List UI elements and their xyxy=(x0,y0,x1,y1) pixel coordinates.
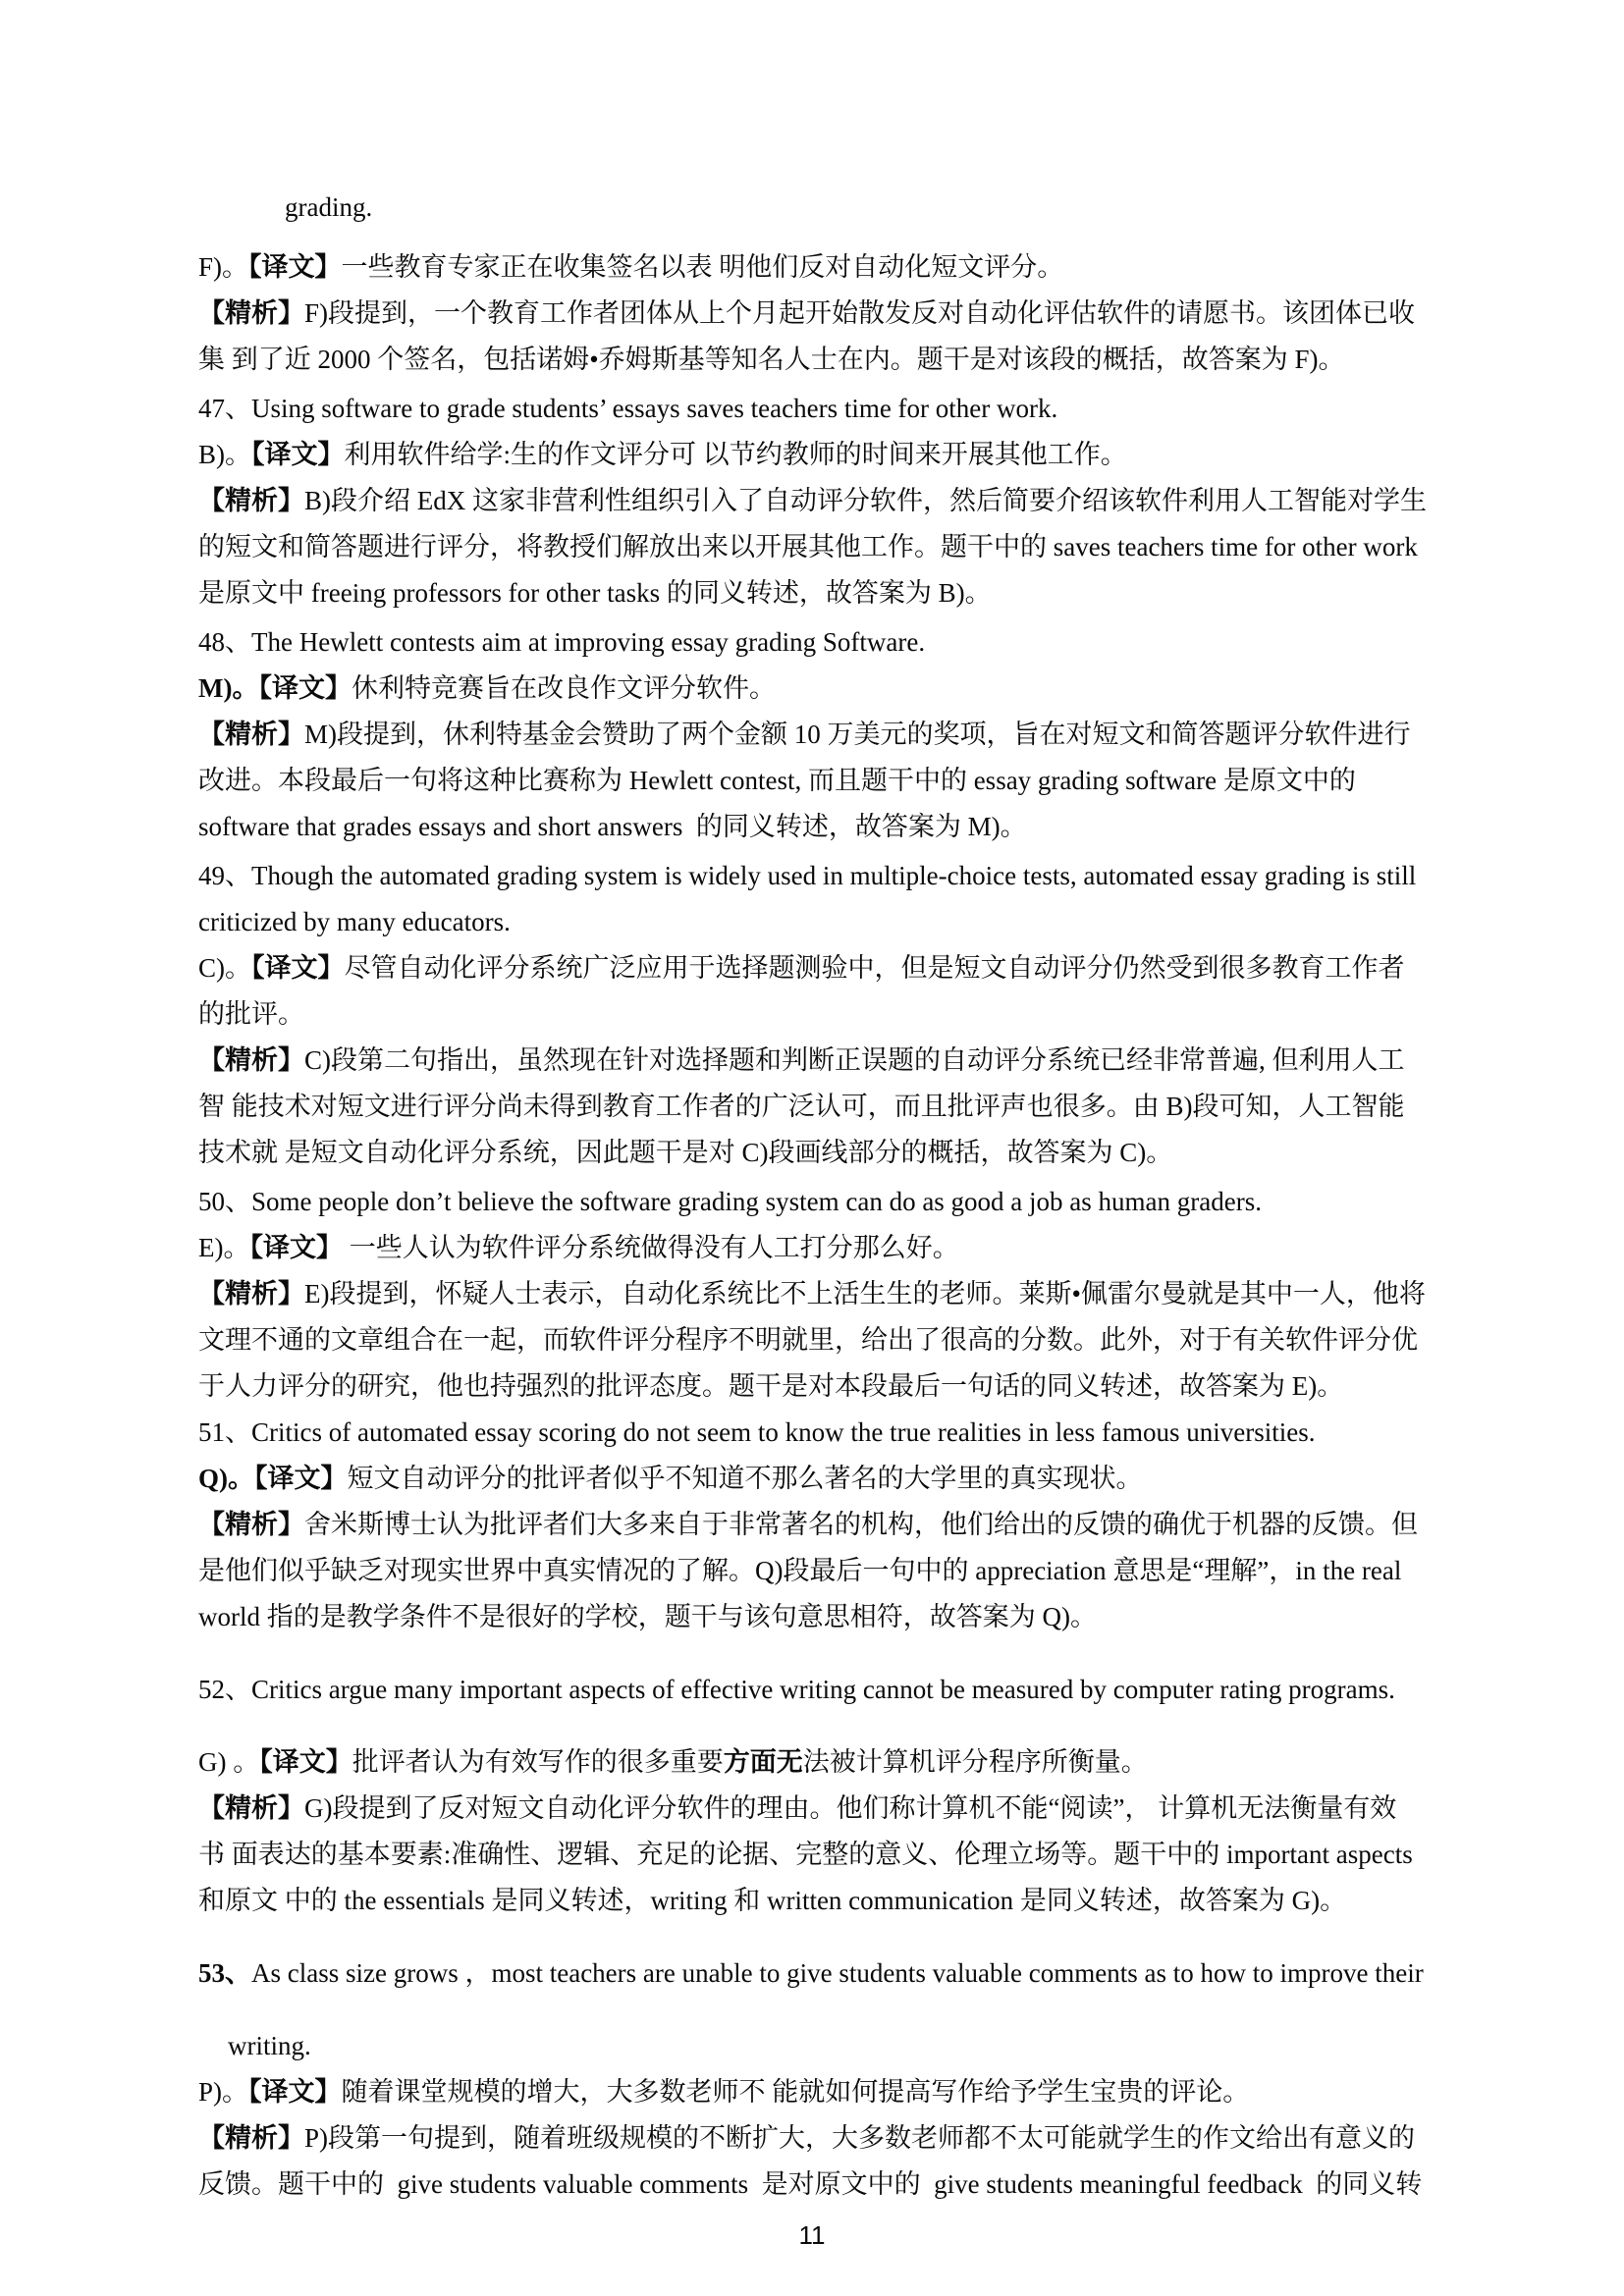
document-page: grading.F)。【译文】一些教育专家正在收集签名以表 明他们反对自动化短文… xyxy=(0,0,1624,2296)
doc-line: 是他们似乎缺乏对现实世界中真实情况的了解。Q)段最后一句中的 appreciat… xyxy=(198,1548,1477,1594)
doc-text: criticized by many educators. xyxy=(198,907,511,936)
doc-text: 是他们似乎缺乏对现实世界中真实情况的了解。Q)段最后一句中的 appreciat… xyxy=(198,1556,1401,1585)
doc-line: 【精析】C)段第二句指出，虽然现在针对选择题和判断正误题的自动评分系统已经非常普… xyxy=(198,1038,1477,1084)
doc-text-bold: 【译文】 xyxy=(251,953,345,983)
doc-text-bold: 【译文】 xyxy=(254,1464,348,1493)
doc-text-bold: 【译文】 xyxy=(248,252,342,282)
doc-line: 是原文中 freeing professors for other tasks … xyxy=(198,570,1477,616)
doc-text: 47、Using software to grade students’ ess… xyxy=(198,394,1057,423)
doc-line: 【精析】E)段提到，怀疑人士表示，自动化系统比不上活生生的老师。莱斯•佩雷尔曼就… xyxy=(198,1271,1477,1317)
doc-line: world 指的是教学条件不是很好的学校，题干与该句意思相符，故答案为 Q)。 xyxy=(198,1594,1477,1640)
doc-text: 批评者认为有效写作的很多重要 xyxy=(352,1747,724,1777)
doc-text-bold: 【精析】 xyxy=(198,486,304,515)
doc-line: 改进。本段最后一句将这种比赛称为 Hewlett contest, 而且题干中的… xyxy=(198,758,1477,804)
doc-text-bold: 【精析】 xyxy=(198,1510,304,1539)
doc-text: 舍米斯博士认为批评者们大多来自于非常著名的机构，他们给出的反馈的确优于机器的反馈… xyxy=(304,1510,1418,1539)
doc-text-bold: 【译文】 xyxy=(248,2077,342,2107)
doc-text-bold: 【译文】 xyxy=(249,1233,343,1262)
doc-text-bold: 方面无 xyxy=(724,1747,803,1777)
doc-text-bold: 【译文】 xyxy=(258,673,352,703)
doc-text: 随着课堂规模的增大，大多数老师不 能就如何提高写作给予学生宝贵的评论。 xyxy=(342,2077,1250,2107)
doc-text: 休利特竞赛旨在改良作文评分软件。 xyxy=(352,673,776,703)
doc-text: P)。 xyxy=(198,2077,248,2107)
doc-line: software that grades essays and short an… xyxy=(198,804,1477,850)
doc-text: 49、Though the automated grading system i… xyxy=(198,861,1416,890)
doc-line: 书 面表达的基本要素:准确性、逻辑、充足的论据、完整的意义、伦理立场等。题干中的… xyxy=(198,1832,1477,1878)
doc-text: 集 到了近 2000 个签名，包括诺姆•乔姆斯基等知名人士在内。题干是对该段的概… xyxy=(198,345,1344,374)
doc-text-bold: 53、 xyxy=(198,1958,251,1988)
doc-line: 49、Though the automated grading system i… xyxy=(198,853,1477,899)
doc-text: F)。 xyxy=(198,252,248,282)
doc-text: 的短文和简答题进行评分，将教授们解放出来以开展其他工作。题干中的 saves t… xyxy=(198,532,1418,561)
doc-text: P)段第一句提到，随着班级规模的不断扩大，大多数老师都不太可能就学生的作文给出有… xyxy=(304,2123,1415,2153)
doc-line: 智 能技术对短文进行评分尚未得到教育工作者的广泛认可，而且批评声也很多。由 B)… xyxy=(198,1084,1477,1130)
doc-line: M)。【译文】休利特竞赛旨在改良作文评分软件。 xyxy=(198,666,1477,712)
doc-line: 【精析】B)段介绍 EdX 这家非营利性组织引入了自动评分软件，然后简要介绍该软… xyxy=(198,478,1477,524)
doc-line: 【精析】M)段提到，休利特基金会赞助了两个金额 10 万美元的奖项，旨在对短文和… xyxy=(198,712,1477,758)
doc-text: C)。 xyxy=(198,953,251,983)
doc-text-bold: Q)。 xyxy=(198,1464,254,1493)
doc-text: M)段提到，休利特基金会赞助了两个金额 10 万美元的奖项，旨在对短文和简答题评… xyxy=(304,720,1411,749)
doc-line: 【精析】舍米斯博士认为批评者们大多来自于非常著名的机构，他们给出的反馈的确优于机… xyxy=(198,1502,1477,1548)
doc-line: Q)。【译文】短文自动评分的批评者似乎不知道不那么著名的大学里的真实现状。 xyxy=(198,1456,1477,1502)
doc-text: software that grades essays and short an… xyxy=(198,812,1027,841)
document-body: grading.F)。【译文】一些教育专家正在收集签名以表 明他们反对自动化短文… xyxy=(0,0,1624,2208)
doc-text-bold: 【精析】 xyxy=(198,720,304,749)
doc-text-bold: 【精析】 xyxy=(198,1045,304,1075)
doc-text-bold: 【译文】 xyxy=(251,440,345,469)
doc-line: 于人力评分的研究，他也持强烈的批评态度。题干是对本段最后一句话的同义转述，故答案… xyxy=(198,1363,1477,1410)
doc-line: F)。【译文】一些教育专家正在收集签名以表 明他们反对自动化短文评分。 xyxy=(198,244,1477,291)
doc-line: C)。【译文】尽管自动化评分系统广泛应用于选择题测验中，但是短文自动评分仍然受到… xyxy=(198,945,1477,991)
doc-text: 和原文 中的 the essentials 是同义转述，writing 和 wr… xyxy=(198,1886,1346,1915)
doc-text: 书 面表达的基本要素:准确性、逻辑、充足的论据、完整的意义、伦理立场等。题干中的… xyxy=(198,1840,1413,1869)
doc-line: 47、Using software to grade students’ ess… xyxy=(198,386,1477,432)
doc-text: 52、Critics argue many important aspects … xyxy=(198,1675,1395,1704)
doc-text: 一些人认为软件评分系统做得没有人工打分那么好。 xyxy=(343,1233,959,1262)
doc-line: 51、Critics of automated essay scoring do… xyxy=(198,1410,1477,1456)
doc-text: 改进。本段最后一句将这种比赛称为 Hewlett contest, 而且题干中的… xyxy=(198,766,1356,795)
doc-line: E)。【译文】 一些人认为软件评分系统做得没有人工打分那么好。 xyxy=(198,1225,1477,1271)
doc-line: 文理不通的文章组合在一起，而软件评分程序不明就里，给出了很高的分数。此外，对于有… xyxy=(198,1317,1477,1363)
doc-text: 于人力评分的研究，他也持强烈的批评态度。题干是对本段最后一句话的同义转述，故答案… xyxy=(198,1371,1343,1401)
doc-text: G) 。 xyxy=(198,1747,259,1777)
doc-text-bold: 【精析】 xyxy=(198,1793,304,1823)
doc-text-bold: M)。 xyxy=(198,673,258,703)
doc-text: 法被计算机评分程序所衡量。 xyxy=(803,1747,1148,1777)
doc-line: G) 。【译文】批评者认为有效写作的很多重要方面无法被计算机评分程序所衡量。 xyxy=(198,1739,1477,1786)
doc-text: 文理不通的文章组合在一起，而软件评分程序不明就里，给出了很高的分数。此外，对于有… xyxy=(198,1325,1418,1355)
doc-text: 51、Critics of automated essay scoring do… xyxy=(198,1417,1316,1447)
doc-line: grading. xyxy=(198,185,1477,231)
doc-line: 【精析】G)段提到了反对短文自动化评分软件的理由。他们称计算机不能“阅读”， 计… xyxy=(198,1786,1477,1832)
doc-text: B)段介绍 EdX 这家非营利性组织引入了自动评分软件，然后简要介绍该软件利用人… xyxy=(304,486,1427,515)
doc-text: G)段提到了反对短文自动化评分软件的理由。他们称计算机不能“阅读”， 计算机无法… xyxy=(304,1793,1396,1823)
doc-line: B)。【译文】利用软件给学:生的作文评分可 以节约教师的时间来开展其他工作。 xyxy=(198,432,1477,478)
doc-text-bold: 【精析】 xyxy=(198,1279,304,1308)
doc-text: 尽管自动化评分系统广泛应用于选择题测验中，但是短文自动评分仍然受到很多教育工作者 xyxy=(345,953,1405,983)
doc-text: grading. xyxy=(285,192,372,222)
doc-text: C)段第二句指出，虽然现在针对选择题和判断正误题的自动评分系统已经非常普遍, 但… xyxy=(304,1045,1405,1075)
doc-line: writing. xyxy=(198,2023,1477,2069)
doc-line: 50、Some people don’t believe the softwar… xyxy=(198,1179,1477,1225)
doc-text: world 指的是教学条件不是很好的学校，题干与该句意思相符，故答案为 Q)。 xyxy=(198,1602,1097,1631)
doc-line: 的短文和简答题进行评分，将教授们解放出来以开展其他工作。题干中的 saves t… xyxy=(198,524,1477,570)
doc-line: 53、As class size grows ，most teachers ar… xyxy=(198,1950,1477,1997)
doc-line: 集 到了近 2000 个签名，包括诺姆•乔姆斯基等知名人士在内。题干是对该段的概… xyxy=(198,337,1477,383)
doc-text-bold: 【精析】 xyxy=(198,298,304,328)
doc-text: 是原文中 freeing professors for other tasks … xyxy=(198,578,992,608)
doc-text: E)段提到，怀疑人士表示，自动化系统比不上活生生的老师。莱斯•佩雷尔曼就是其中一… xyxy=(304,1279,1426,1308)
doc-text: B)。 xyxy=(198,440,251,469)
doc-line: 和原文 中的 the essentials 是同义转述，writing 和 wr… xyxy=(198,1878,1477,1924)
page-number: 11 xyxy=(0,2220,1624,2251)
doc-text: 的批评。 xyxy=(198,999,304,1029)
doc-line: 的批评。 xyxy=(198,991,1477,1038)
doc-line: 48、The Hewlett contests aim at improving… xyxy=(198,619,1477,666)
doc-line: criticized by many educators. xyxy=(198,899,1477,945)
doc-text-bold: 【译文】 xyxy=(259,1747,352,1777)
doc-text: 48、The Hewlett contests aim at improving… xyxy=(198,627,925,657)
doc-line: 52、Critics argue many important aspects … xyxy=(198,1667,1477,1713)
doc-text: 一些教育专家正在收集签名以表 明他们反对自动化短文评分。 xyxy=(342,252,1064,282)
doc-text-bold: 【精析】 xyxy=(198,2123,304,2153)
doc-line: 【精析】F)段提到，一个教育工作者团体从上个月起开始散发反对自动化评估软件的请愿… xyxy=(198,291,1477,337)
doc-text: 智 能技术对短文进行评分尚未得到教育工作者的广泛认可，而且批评声也很多。由 B)… xyxy=(198,1092,1405,1121)
doc-line: 技术就 是短文自动化评分系统，因此题干是对 C)段画线部分的概括，故答案为 C)… xyxy=(198,1130,1477,1176)
doc-text: writing. xyxy=(228,2031,311,2060)
doc-line: 反馈。题干中的 give students valuable comments … xyxy=(198,2162,1477,2208)
doc-line: P)。【译文】随着课堂规模的增大，大多数老师不 能就如何提高写作给予学生宝贵的评… xyxy=(198,2069,1477,2115)
doc-text: 利用软件给学:生的作文评分可 以节约教师的时间来开展其他工作。 xyxy=(345,440,1127,469)
doc-text: E)。 xyxy=(198,1233,249,1262)
doc-text: 技术就 是短文自动化评分系统，因此题干是对 C)段画线部分的概括，故答案为 C)… xyxy=(198,1138,1172,1167)
doc-text: 50、Some people don’t believe the softwar… xyxy=(198,1187,1262,1216)
doc-text: 反馈。题干中的 give students valuable comments … xyxy=(198,2169,1422,2199)
doc-text: 短文自动评分的批评者似乎不知道不那么著名的大学里的真实现状。 xyxy=(348,1464,1143,1493)
doc-text: As class size grows ，most teachers are u… xyxy=(251,1958,1424,1988)
doc-line: 【精析】P)段第一句提到，随着班级规模的不断扩大，大多数老师都不太可能就学生的作… xyxy=(198,2115,1477,2162)
doc-text: F)段提到，一个教育工作者团体从上个月起开始散发反对自动化评估软件的请愿书。该团… xyxy=(304,298,1415,328)
